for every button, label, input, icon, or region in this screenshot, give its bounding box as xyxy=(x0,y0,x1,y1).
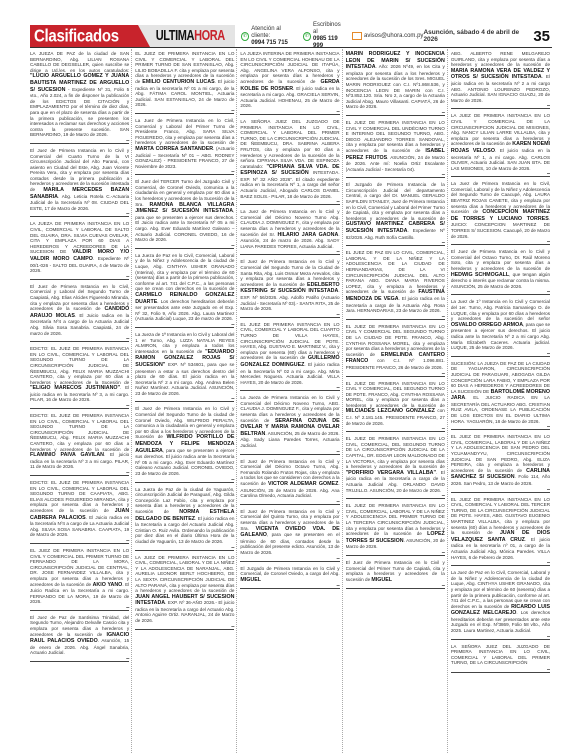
legal-notice: EL JUEZ DE PRIMERA INSTANCIA EN LO CIVIL… xyxy=(346,322,445,377)
notice-rule-mark: ▬ xyxy=(240,249,339,253)
notice-rule-mark: ▬ xyxy=(240,199,339,203)
customer-service-contact: ✆ Atención al cliente: 0994 715 715 xyxy=(241,26,297,47)
notice-text-post: - Expediente Nº 31, Folio 5 vto., Año 2.… xyxy=(30,87,129,138)
notice-rule-mark: ▬ xyxy=(135,108,234,112)
notice-rule-mark: ▬ xyxy=(451,103,550,107)
legal-notice: El Juez de Primera Instancia en lo Civil… xyxy=(30,282,129,342)
notice-rule-mark: ▬ xyxy=(451,289,550,293)
column-1: LA JUEZA DE PAZ de la ciudad de SAN BERN… xyxy=(30,49,132,753)
notice-rule-mark: ▬ xyxy=(240,583,339,587)
publication-date: Asunción, sábado 4 de abril de 2026 xyxy=(423,29,525,43)
notice-text-post: . EL JUICIO RADICA EN LA SECRETARÍA DEL … xyxy=(451,395,550,423)
notice-highlight: MARTA CORREA SANTANDER xyxy=(135,146,213,152)
contact-phone: 0985 119 999 xyxy=(313,36,346,50)
notice-text-pre: El Juez de Primera Instancia en lo Civil… xyxy=(30,148,129,192)
legal-notice: LA JUEZA DE PRIMERA INSTANCIA EN LO CIVI… xyxy=(30,219,129,279)
notice-highlight: MARIA RAMONA VERA DE VALDEZ Y OTROS S/ S… xyxy=(451,68,550,81)
notice-rule-mark: ▬ xyxy=(135,477,234,481)
notice-text-pre: El Juzgado de Primera Instancia en lo Ci… xyxy=(240,566,339,577)
legal-notice: LA JUEZA INTERINA DE PRIMERA INSTANCIA E… xyxy=(240,49,339,115)
notice-rule-mark: ▬ xyxy=(240,449,339,453)
logo-hora: HORA xyxy=(194,28,225,44)
section-title: Clasificados xyxy=(34,26,119,46)
section-banner: Clasificados xyxy=(30,25,138,47)
legal-notice: LA JUEZ DE PRIMERA INSTANCIA EN LO CIVIL… xyxy=(135,553,234,630)
notice-text-pre: LA SEÑORA JUEZ DEL JUZGADO DE PRIMERA IN… xyxy=(451,644,550,666)
notice-text-pre: EDICTO: EL JUEZ DE PRIMERA INSTANCIA EN … xyxy=(30,413,129,452)
newspaper-page: Clasificados ULTIMAHORA ✆ Atención al cl… xyxy=(30,25,552,753)
legal-notice: El Juez del TERCER Turno del Juzgado Civ… xyxy=(135,177,234,249)
notice-rule-mark: ▬ xyxy=(135,169,234,173)
notice-rule-mark: ▬ xyxy=(30,605,129,609)
mail-icon xyxy=(352,32,362,40)
notice-highlight: EMILIO CENTURION LUCAS xyxy=(142,79,214,85)
notice-rule-mark: ▬ xyxy=(30,538,129,542)
legal-notice: La Juez de Primera Instancia en lo Civil… xyxy=(451,179,550,245)
notice-highlight: RAMONA BLANCA VILLAGRA JIMENEZ S/ SUCESI… xyxy=(135,202,234,215)
legal-notice: El Juez de Paz de Santísima Trinidad, de… xyxy=(30,613,129,662)
legal-notice: La Jueza de 1ª Instancia en lo Civil y L… xyxy=(135,330,234,403)
legal-notice: La Jueza de Primera Instancia en lo Civi… xyxy=(240,393,339,454)
notice-rule-mark: ▬ xyxy=(451,171,550,175)
logo-ultima: ULTIMA xyxy=(156,28,194,44)
legal-notice: El Juez de Primera Instancia en lo Civil… xyxy=(30,146,129,218)
column-2: EL JUEZ DE PRIMERA INSTANCIA EN LO CIVIL… xyxy=(135,49,237,753)
notice-highlight: VICTOR ALDEMAR GOMEZ xyxy=(268,481,338,487)
notice-rule-mark: ▬ xyxy=(451,634,550,638)
legal-notice: EDICTO: EL JUEZ DE PRIMERA INSTANCIA EN … xyxy=(30,344,129,409)
legal-notice: LA JUEZ DE PRIMERA INSTANCIA EN LO CIVIL… xyxy=(451,111,550,177)
notice-rule-mark: ▬ xyxy=(135,624,234,628)
legal-notice: El Juzgado de Primera Instancia de la Ci… xyxy=(346,180,445,246)
notice-rule-mark: ▬ xyxy=(346,172,445,176)
column-3: LA JUEZA INTERINA DE PRIMERA INSTANCIA E… xyxy=(240,49,342,753)
legal-notice: SUCESIÓN: LA JUEZA DE PAZ DE LA CIUDAD D… xyxy=(451,359,550,431)
notice-rule-mark: ▬ xyxy=(240,385,339,389)
legal-notice: EDICTO: EL JUEZ DE PRIMERA INSTANCIA EN … xyxy=(30,411,129,476)
legal-notice: La Jueza de Paz en lo Civil, Comercial, … xyxy=(135,251,234,328)
notice-rule-mark: ▬ xyxy=(451,351,550,355)
legal-notice: LA JUEZA DE PAZ de la ciudad de SAN BERN… xyxy=(30,49,129,144)
notice-highlight: MIGUEL xyxy=(240,577,261,583)
notice-rule-mark: ▬ xyxy=(135,545,234,549)
legal-notice: El Juez de Primera Instancia en lo Civil… xyxy=(451,247,550,295)
notice-rule-mark: ▬ xyxy=(451,667,550,671)
legal-notice: EL JUEZ DE PRIMERA INSTANCIA EN LO CIVIL… xyxy=(346,501,445,556)
legal-notice: El Juzgado de Primera Instancia en lo Ci… xyxy=(240,564,339,590)
notice-text-pre: LA SEÑORA JUEZ DEL JUZGADO DE PRIMERA IN… xyxy=(240,119,339,169)
legal-notice: EL JUEZ DE PRIMERA INSTANCIA EN LO CIVIL… xyxy=(451,432,550,492)
notice-rule-mark: ▬ xyxy=(346,110,445,114)
whatsapp-contact: ✆ Escribinos al 0985 119 999 xyxy=(303,22,346,50)
notice-rule-mark: ▬ xyxy=(30,656,129,660)
notice-text-pre: EL JUEZ DE PAZ EN LO CIVIL, COMERCIAL, L… xyxy=(346,250,445,294)
notice-text-post: . Año: 2026 Nº49, en los Cita y emplaza … xyxy=(346,64,445,109)
notice-text-pre: El Juzgado de Primera Instancia de la Ci… xyxy=(346,182,445,221)
notice-text-pre: ABG. ALBERTO RENE MELGAREJO GUIRLAND, ci… xyxy=(451,51,550,67)
notice-rule-mark: ▬ xyxy=(135,396,234,400)
legal-notice: La Juez de 1º Instancia en lo Civil y Co… xyxy=(451,297,550,356)
whatsapp-icon: ✆ xyxy=(303,32,311,41)
notice-highlight: HILARIO JARA GAONA xyxy=(277,232,338,238)
page-number: 35 xyxy=(533,28,550,45)
legal-notice: EL JUEZ DE PAZ EN LO CIVIL, COMERCIAL, L… xyxy=(346,248,445,320)
notice-rule-mark: ▬ xyxy=(135,322,234,326)
legal-notice: El Juez de Primera Instancia en lo Civil… xyxy=(240,257,339,317)
notice-highlight: FLAMINIO PAIVA GAVILAN xyxy=(30,452,104,458)
legal-notice: ABG. ALBERTO RENE MELGAREJO GUIRLAND, ci… xyxy=(451,49,550,109)
notice-rule-mark: ▬ xyxy=(346,493,445,497)
notice-rule-mark: ▬ xyxy=(451,487,550,491)
legal-notice: LA SEÑORA JUEZ DEL JUZGADO DE PRIMERA IN… xyxy=(240,117,339,205)
newspaper-logo: ULTIMAHORA xyxy=(138,25,235,47)
legal-notice: EL JUEZ DE PRIMERA INSTANCIA EN LO CIVIL… xyxy=(346,118,445,178)
notice-rule-mark: ▬ xyxy=(240,556,339,560)
notice-rule-mark: ▬ xyxy=(240,312,339,316)
masthead: Clasificados ULTIMAHORA ✆ Atención al cl… xyxy=(30,25,552,48)
legal-notice: La Juez de Primera Instancia en lo Civil… xyxy=(240,207,339,255)
legal-notice: El Juez de Primera Instancia en lo Civil… xyxy=(240,457,339,505)
notice-highlight: OSVALDO ORREGO ARMOA xyxy=(451,322,523,328)
notice-rule-mark: ▬ xyxy=(30,336,129,340)
notice-highlight: HEDWIG SCHMOGALL xyxy=(451,272,509,278)
email-address: avisos@uhora.com.py xyxy=(364,33,423,39)
legal-notice: El Juez de Primera Instancia en lo Civil… xyxy=(135,404,234,482)
notice-rule-mark: ▬ xyxy=(30,138,129,142)
notice-highlight: "ELIGIO MARECOS JUSTINIANO" xyxy=(30,385,120,391)
notice-text-pre: EL JUEZ DE PRIMERA INSTANCIA EN LO CIVIL… xyxy=(346,381,445,408)
notice-rule-mark: ▬ xyxy=(451,424,550,428)
notice-text-pre: LA JUEZ DE PRIMERA INSTANCIA EN LO CIVIL… xyxy=(135,555,234,594)
classifieds-columns: LA JUEZA DE PAZ de la ciudad de SAN BERN… xyxy=(30,49,552,753)
notice-highlight: AKIO YANO xyxy=(93,582,123,588)
notice-rule-mark: ▬ xyxy=(346,550,445,554)
legal-notice: EDICTO: EL JUEZ DE PRIMERA INSTANCIA EN … xyxy=(30,478,129,544)
legal-notice: EL JUEZ DE PRIMERA INSTANCIA EN LO CIVIL… xyxy=(346,434,445,499)
legal-notice: EL JUEZ DE PRIMERA INSTANCIA EN LO CIVIL… xyxy=(135,49,234,114)
legal-notice: El Juez de Primera Instancia en lo Civil… xyxy=(240,507,339,562)
notice-text-pre: La Jueza de Paz en lo Civil, Comercial, … xyxy=(135,253,234,292)
notice-text-pre: El Juez de Primera Instancia en lo Civil… xyxy=(451,249,550,271)
notice-highlight: MIGUEL xyxy=(371,577,392,583)
legal-notice: La Juez de Primera Instancia en lo Civil… xyxy=(135,116,234,175)
notice-text-pre: LA JUEZA DE PAZ de la ciudad de SAN BERN… xyxy=(30,51,129,73)
notice-text-pre: El Juez de Primera Instancia en lo Civil… xyxy=(346,560,445,582)
notice-rule-mark: ▬ xyxy=(346,426,445,430)
notice-rule-mark: ▬ xyxy=(30,403,129,407)
notice-rule-mark: ▬ xyxy=(240,109,339,113)
notice-rule-mark: ▬ xyxy=(451,560,550,564)
notice-rule-mark: ▬ xyxy=(240,499,339,503)
legal-notice: El Juez de Primera Instancia en lo Civil… xyxy=(346,558,445,589)
notice-rule-mark: ▬ xyxy=(346,240,445,244)
notice-rule-mark: ▬ xyxy=(30,470,129,474)
notice-highlight: MILCIADES LEZCANO GONZALEZ xyxy=(346,408,435,414)
notice-text-pre: EL JUEZ DE PRIMERA INSTANCIA EN LO CIVIL… xyxy=(346,436,445,469)
notice-rule-mark: ▬ xyxy=(30,211,129,215)
notice-rule-mark: ▬ xyxy=(30,274,129,278)
notice-rule-mark: ▬ xyxy=(346,314,445,318)
contact-label: Atención al cliente: xyxy=(251,26,297,40)
legal-notice: MARIN RODRIGUEZ Y INOCENCIA LEON DE MARI… xyxy=(346,49,445,116)
column-4: MARIN RODRIGUEZ Y INOCENCIA LEON DE MARI… xyxy=(346,49,448,753)
notice-text-pre: La Juez de 1º Instancia en lo Civil y Co… xyxy=(451,299,550,321)
legal-notice: EL JUEZ DE PRIMERA INSTANCIA EN LO CIVIL… xyxy=(346,379,445,433)
contact-phone: 0994 715 715 xyxy=(251,40,297,47)
legal-notice: La Jueza de Paz de la ciudad de Yaguarón… xyxy=(135,485,234,551)
contact-label: Escribinos al xyxy=(313,22,346,36)
notice-rule-mark: ▬ xyxy=(346,583,445,587)
notice-text-pre: EDICTO: EL JUEZ DE PRIMERA INSTANCIA EN … xyxy=(30,346,129,385)
legal-notice: EL JUEZ DE PRIMERA INSTANCIA EN LO CIVIL… xyxy=(240,320,339,392)
notice-text-pre: La Juez de Primera Instancia en lo Civil… xyxy=(135,118,234,145)
column-5: ABG. ALBERTO RENE MELGAREJO GUIRLAND, ci… xyxy=(451,49,552,753)
legal-notice: EL JUEZ DE PRIMERA INSTANCIA EN LO CIVIL… xyxy=(451,495,550,567)
legal-notice: LA SEÑORA JUEZ DEL JUZGADO DE PRIMERA IN… xyxy=(451,642,550,673)
notice-rule-mark: ▬ xyxy=(346,371,445,375)
legal-notice: EL JUEZ DE PRIMERA INSTANCIA EN LO CIVIL… xyxy=(30,546,129,611)
notice-highlight: "PORFIRIO VERGARA VILLALBA" xyxy=(346,470,436,476)
notice-rule-mark: ▬ xyxy=(135,243,234,247)
legal-notice: La Juez de Paz en lo Civil, Comercial, L… xyxy=(451,568,550,640)
whatsapp-icon: ✆ xyxy=(241,32,249,41)
notice-rule-mark: ▬ xyxy=(451,239,550,243)
